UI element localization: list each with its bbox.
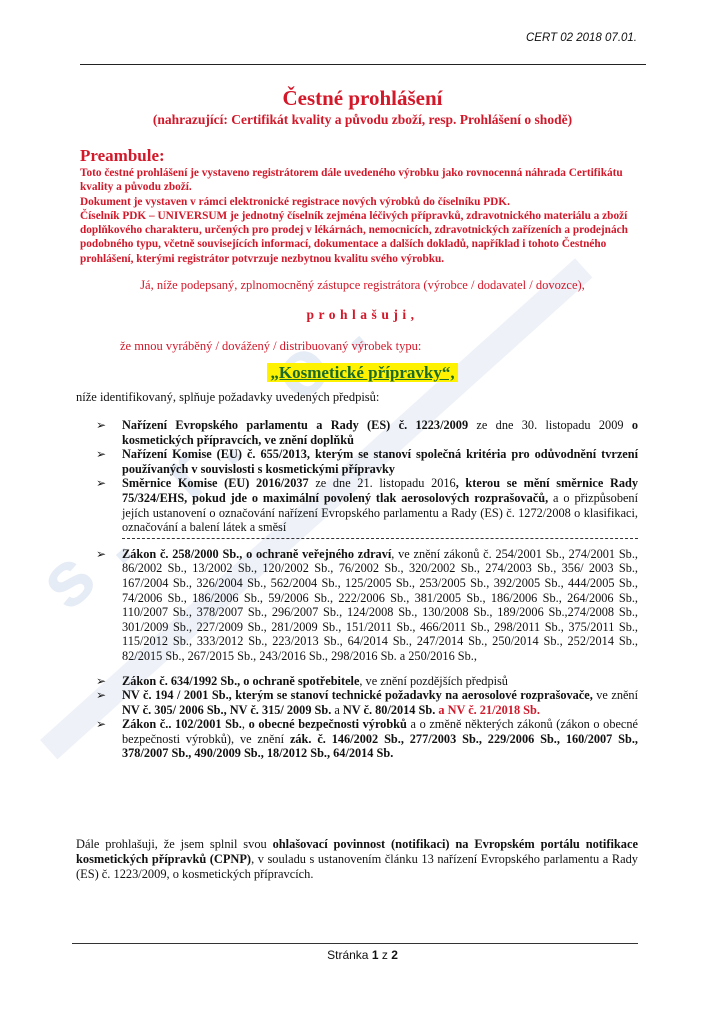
product-type: „Kosmetické přípravky“, xyxy=(0,363,725,383)
preamble-paragraph: Číselník PDK – UNIVERSUM je jednotný čís… xyxy=(80,209,650,266)
regulation-text: , ve znění pozdějších předpisů xyxy=(359,674,508,688)
regulation-bold: Nařízení Evropského parlamentu a Rady (E… xyxy=(122,418,468,432)
header-rule xyxy=(80,64,646,65)
dashed-separator xyxy=(122,538,638,539)
declare-word: prohlašuji, xyxy=(0,307,725,323)
page-total: 2 xyxy=(391,948,398,962)
regulation-text: ve znění xyxy=(593,688,638,702)
document-subtitle: (nahrazující: Certifikát kvality a původ… xyxy=(0,112,725,128)
arrowhead-bullet-icon: ➢ xyxy=(96,547,106,562)
regulation-item: ➢ NV č. 194 / 2001 Sb., kterým se stanov… xyxy=(96,688,638,717)
product-line: že mnou vyráběný / dovážený / distribuov… xyxy=(120,339,421,354)
cpnp-declaration: Dále prohlašuji, že jsem splnil svou ohl… xyxy=(76,837,638,882)
arrowhead-bullet-icon: ➢ xyxy=(96,688,106,703)
regulation-text: ze dne 30. listopadu 2009 xyxy=(468,418,632,432)
final-text: Dále prohlašuji, že jsem splnil svou xyxy=(76,837,273,851)
regulation-bold: Nařízení Komise (EU) č. 655/2013, kterým… xyxy=(122,447,638,476)
regulation-item: ➢ Nařízení Evropského parlamentu a Rady … xyxy=(96,418,638,447)
spacer xyxy=(96,664,638,674)
regulation-item: ➢ Zákon č. 258/2000 Sb., o ochraně veřej… xyxy=(96,547,638,664)
arrowhead-bullet-icon: ➢ xyxy=(96,418,106,433)
identified-line: níže identifikovaný, splňuje požadavky u… xyxy=(76,390,379,405)
arrowhead-bullet-icon: ➢ xyxy=(96,447,106,462)
regulation-text: ze dne 21. listopadu 2016 xyxy=(309,476,456,490)
regulation-list: ➢ Nařízení Evropského parlamentu a Rady … xyxy=(96,418,638,761)
regulation-bold: NV č. 194 / 2001 Sb., kterým se stanoví … xyxy=(122,688,593,702)
arrowhead-bullet-icon: ➢ xyxy=(96,717,106,732)
regulation-item: ➢ Zákon č.. 102/2001 Sb., o obecné bezpe… xyxy=(96,717,638,761)
regulation-text: , ve znění zákonů č. 254/2001 Sb., 274/2… xyxy=(122,547,638,663)
regulation-amendment-highlight: a NV č. 21/2018 Sb. xyxy=(435,703,540,717)
document-code: CERT 02 2018 07.01. xyxy=(526,32,637,44)
regulation-item: ➢ Nařízení Komise (EU) č. 655/2013, kter… xyxy=(96,447,638,476)
regulation-bold: Směrnice Komise (EU) 2016/2037 xyxy=(122,476,309,490)
regulation-item: ➢ Směrnice Komise (EU) 2016/2037 ze dne … xyxy=(96,476,638,534)
preamble-heading: Preambule: xyxy=(80,146,165,166)
document-title: Čestné prohlášení xyxy=(0,86,725,111)
regulation-bold: o obecné bezpečnosti výrobků xyxy=(249,717,407,731)
preamble-body: Toto čestné prohlášení je vystaveno regi… xyxy=(80,166,650,266)
regulation-text: a xyxy=(331,703,343,717)
arrowhead-bullet-icon: ➢ xyxy=(96,674,106,689)
page-label: Stránka xyxy=(327,948,368,962)
product-type-highlight: „Kosmetické přípravky“, xyxy=(267,363,457,382)
page-number: Stránka 1 z 2 xyxy=(0,948,725,962)
declarant-line: Já, níže podepsaný, zplnomocněný zástupc… xyxy=(0,278,725,293)
regulation-bold: NV č. 305/ 2006 Sb., NV č. 315/ 2009 Sb. xyxy=(122,703,331,717)
regulation-bold: Zákon č. 258/2000 Sb., o ochraně veřejné… xyxy=(122,547,391,561)
preamble-paragraph: Dokument je vystaven v rámci elektronick… xyxy=(80,195,650,209)
footer-rule xyxy=(72,943,638,944)
page-separator: z xyxy=(382,948,388,962)
regulation-bold: Zákon č. 634/1992 Sb., o ochraně spotřeb… xyxy=(122,674,359,688)
regulation-bold: Zákon č.. 102/2001 Sb. xyxy=(122,717,242,731)
regulation-item: ➢ Zákon č. 634/1992 Sb., o ochraně spotř… xyxy=(96,674,638,689)
page-current: 1 xyxy=(372,948,379,962)
arrowhead-bullet-icon: ➢ xyxy=(96,476,106,491)
regulation-bold: NV č. 80/2014 Sb. xyxy=(343,703,435,717)
preamble-paragraph: Toto čestné prohlášení je vystaveno regi… xyxy=(80,166,650,195)
regulation-text: , xyxy=(242,717,249,731)
